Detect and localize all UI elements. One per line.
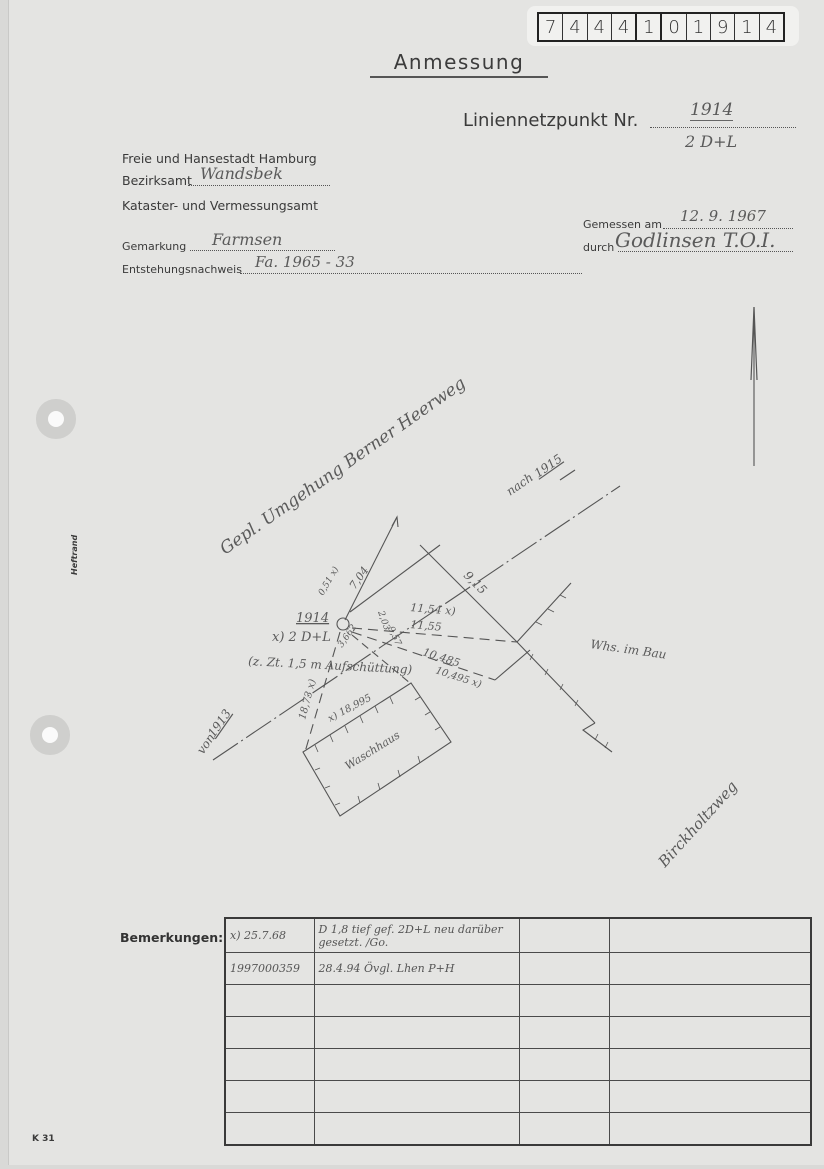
measurement: 11,54 x): [410, 601, 456, 618]
remarks-cell: 1997000359: [225, 953, 314, 985]
remarks-cell: [609, 1017, 811, 1049]
remarks-cell: [609, 985, 811, 1017]
remarks-cell: [314, 1017, 519, 1049]
remarks-cell: [609, 1049, 811, 1081]
measurement: 11,55: [410, 618, 443, 634]
remarks-label: Bemerkungen:: [120, 930, 223, 945]
remarks-cell: [609, 918, 811, 953]
remarks-cell: [314, 1081, 519, 1113]
remarks-table: x) 25.7.68D 1,8 tief gef. 2D+L neu darüb…: [224, 917, 812, 1146]
nach-label: nach: [504, 470, 536, 498]
remarks-cell: [314, 1049, 519, 1081]
remarks-row: 199700035928.4.94 Övgl. Lhen P+H: [225, 953, 811, 985]
fill-note: (z. Zt. 1,5 m Aufschüttung): [248, 654, 413, 677]
remarks-cell: [609, 953, 811, 985]
remarks-cell: [519, 1081, 609, 1113]
remarks-cell: [609, 1081, 811, 1113]
remarks-cell: [519, 1049, 609, 1081]
remarks-cell: [225, 1081, 314, 1113]
remarks-row: [225, 1113, 811, 1146]
measurement: 10,495 x): [434, 665, 483, 690]
remarks-row: [225, 1049, 811, 1081]
whs-label: Whs. im Bau: [590, 637, 668, 662]
remarks-cell: [314, 985, 519, 1017]
remarks-cell: [314, 1113, 519, 1146]
remarks-row: [225, 985, 811, 1017]
remarks-cell: [519, 918, 609, 953]
remarks-cell: 28.4.94 Övgl. Lhen P+H: [314, 953, 519, 985]
remarks-row: x) 25.7.68D 1,8 tief gef. 2D+L neu darüb…: [225, 918, 811, 953]
remarks-cell: [225, 1113, 314, 1146]
remarks-cell: D 1,8 tief gef. 2D+L neu darüber gesetzt…: [314, 918, 519, 953]
von-point: 1913: [205, 706, 234, 739]
measurement: x) 18,995: [326, 693, 373, 725]
nach-point: 1915: [532, 451, 565, 480]
remarks-cell: [519, 1017, 609, 1049]
planned-street-label: Gepl. Umgehung Berner Heerweg: [216, 373, 469, 559]
measurement: 0,51 x): [316, 564, 342, 597]
sketch-point-number: 1914: [296, 611, 329, 626]
remarks-cell: [519, 1113, 609, 1146]
remarks-row: [225, 1081, 811, 1113]
remarks-row: [225, 1017, 811, 1049]
remarks-cell: [225, 1017, 314, 1049]
remarks-cell: x) 25.7.68: [225, 918, 314, 953]
measurement: 7,04: [347, 564, 372, 592]
measurement: 9,15: [461, 568, 490, 597]
remarks-cell: [225, 1049, 314, 1081]
remarks-cell: [519, 953, 609, 985]
remarks-cell: [519, 985, 609, 1017]
birckholtzweg-label: Birckholtzweg: [654, 777, 741, 871]
waschhaus-label: Waschhaus: [343, 728, 403, 772]
sketch-point-type: x) 2 D+L: [272, 630, 331, 645]
remarks-cell: [225, 985, 314, 1017]
remarks-cell: [609, 1113, 811, 1146]
measurement: 3,662: [336, 623, 359, 650]
